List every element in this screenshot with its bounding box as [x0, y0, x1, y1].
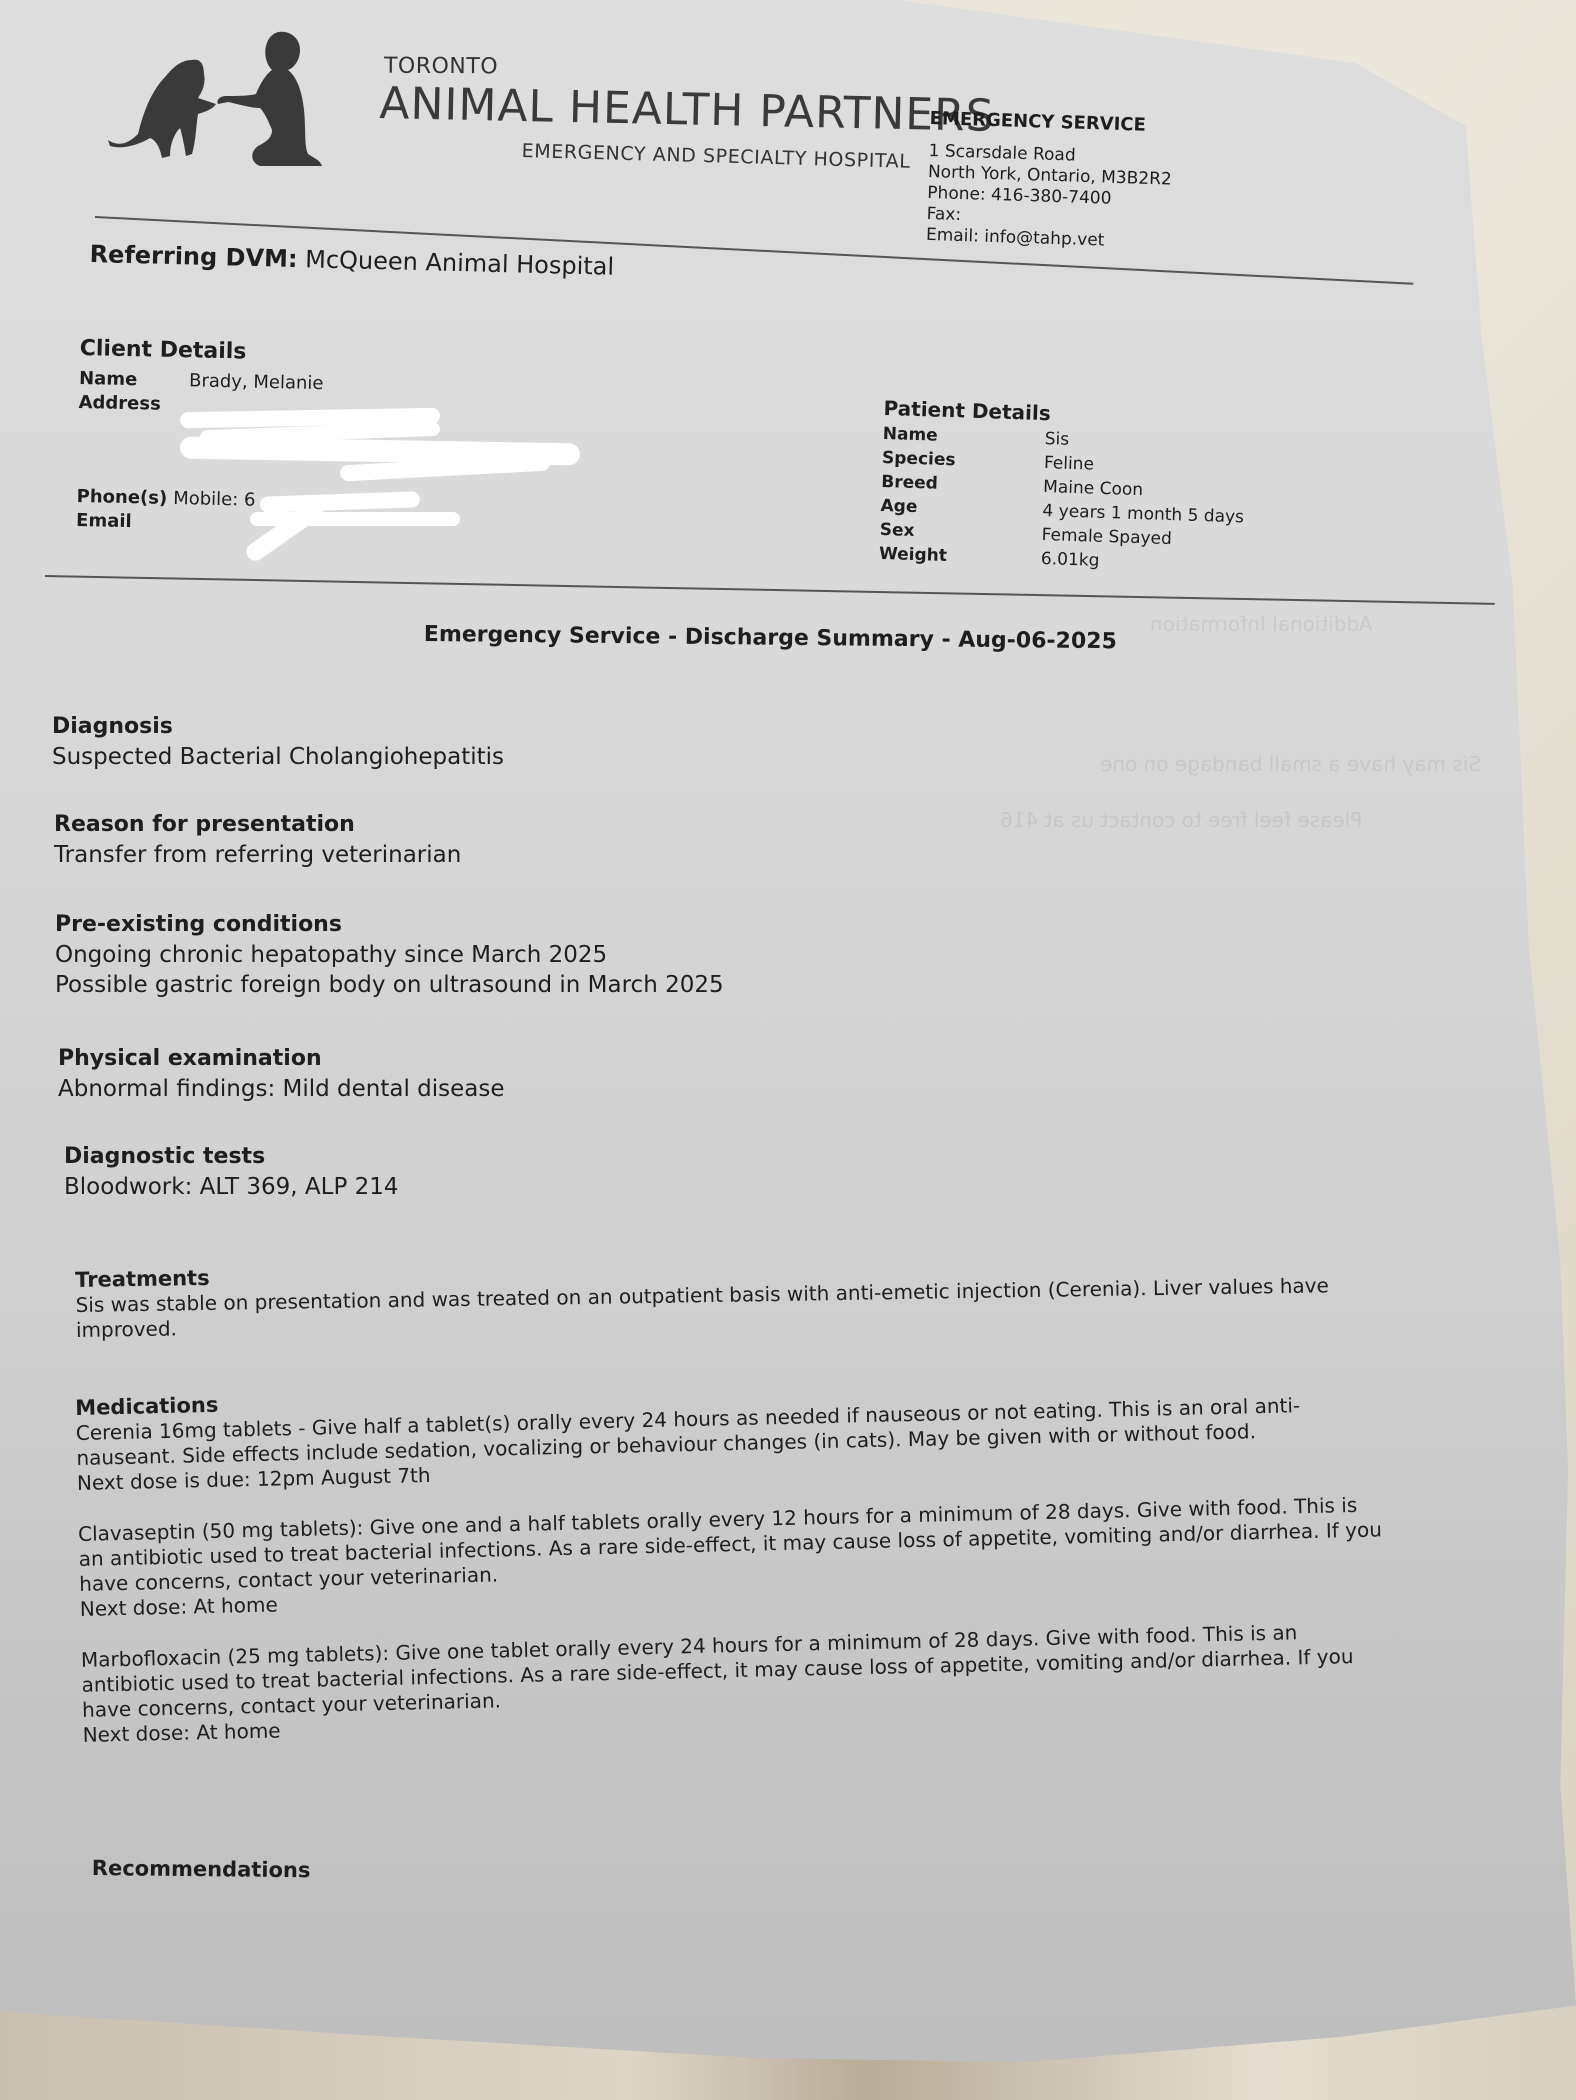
referring-dvm: Referring DVM: McQueen Animal Hospital: [89, 240, 614, 281]
client-name-label: Name: [79, 367, 189, 393]
medication-item-clavaseptin: Clavaseptin (50 mg tablets): Give one an…: [78, 1492, 1390, 1622]
physical-exam-text: Abnormal findings: Mild dental disease: [58, 1074, 505, 1104]
diagnosis-text: Suspected Bacterial Cholangiohepatitis: [52, 742, 504, 772]
physical-exam-heading: Physical examination: [58, 1044, 505, 1074]
client-address-label: Address: [78, 391, 188, 417]
diagnostic-tests-section: Diagnostic tests Bloodwork: ALT 369, ALP…: [64, 1142, 399, 1202]
patient-field-value: Maine Coon: [1043, 475, 1144, 502]
recommendations-heading: Recommendations: [92, 1856, 1432, 1895]
brand-subtitle: EMERGENCY AND SPECIALTY HOSPITAL: [521, 140, 910, 173]
preexisting-section: Pre-existing conditions Ongoing chronic …: [55, 910, 724, 1000]
client-phone-value: Mobile: 6: [173, 487, 256, 513]
person-and-dog-silhouette-icon: [100, 30, 375, 170]
discharge-summary-title: Emergency Service - Discharge Summary - …: [424, 622, 1117, 654]
medication-item-marbofloxacin: Marbofloxacin (25 mg tablets): Give one …: [81, 1618, 1393, 1748]
show-through-text: Please feel free to contact us at 416: [1000, 808, 1362, 832]
service-title: EMERGENCY SERVICE: [929, 108, 1173, 137]
patient-field-value: Feline: [1044, 451, 1095, 477]
diagnostic-tests-heading: Diagnostic tests: [64, 1142, 399, 1172]
reason-text: Transfer from referring veterinarian: [54, 840, 461, 870]
patient-field-value: 6.01kg: [1041, 547, 1100, 573]
diagnosis-heading: Diagnosis: [52, 712, 504, 742]
preexisting-line: Ongoing chronic hepatopathy since March …: [55, 940, 724, 970]
patient-field-label: Weight: [879, 542, 1042, 571]
brand-city: TORONTO: [384, 54, 498, 80]
referring-dvm-value: McQueen Animal Hospital: [305, 245, 615, 281]
referring-dvm-label: Referring DVM:: [89, 240, 298, 273]
reason-section: Reason for presentation Transfer from re…: [54, 810, 461, 870]
reason-heading: Reason for presentation: [54, 810, 461, 840]
preexisting-heading: Pre-existing conditions: [55, 910, 724, 940]
details-divider: [45, 575, 1495, 605]
client-details-title: Client Details: [79, 336, 324, 366]
brand-name: ANIMAL HEALTH PARTNERS: [379, 78, 995, 142]
service-contact-block: EMERGENCY SERVICE 1 Scarsdale Road North…: [926, 108, 1174, 254]
physical-exam-section: Physical examination Abnormal findings: …: [58, 1044, 505, 1104]
show-through-text: Additional Information: [1150, 612, 1373, 636]
preexisting-line: Possible gastric foreign body on ultraso…: [55, 970, 724, 1000]
medications-section: Medications Cerenia 16mg tablets - Give …: [75, 1366, 1393, 1774]
diagnosis-section: Diagnosis Suspected Bacterial Cholangioh…: [52, 712, 504, 772]
client-name-value: Brady, Melanie: [189, 369, 324, 396]
patient-field-value: Sis: [1044, 427, 1069, 452]
diagnostic-tests-text: Bloodwork: ALT 369, ALP 214: [64, 1172, 399, 1202]
treatments-section: Treatments Sis was stable on presentatio…: [75, 1247, 1416, 1343]
patient-details: Patient Details NameSis SpeciesFeline Br…: [879, 396, 1248, 577]
client-phone-label: Phone(s): [76, 485, 167, 511]
recommendations-section: Recommendations: [92, 1856, 1432, 1895]
discharge-document: Additional Information Sis may have a sm…: [0, 0, 1576, 2100]
show-through-text: Sis may have a small bandage on one: [1100, 752, 1481, 776]
client-email-label: Email: [76, 509, 186, 535]
